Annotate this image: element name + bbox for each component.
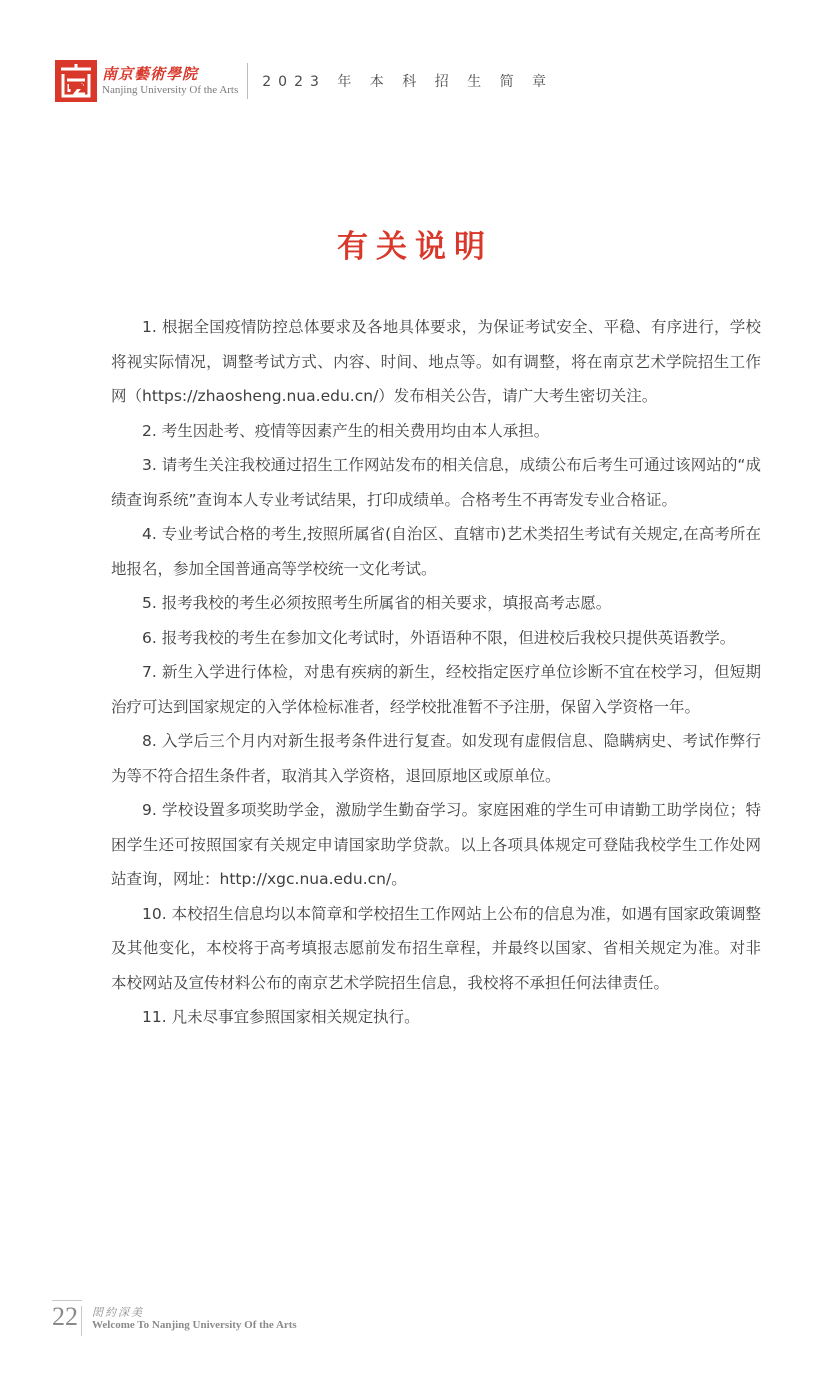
logo-chinese-name: 南京藝術學院 <box>102 65 238 83</box>
note-paragraph-1: 1. 根据全国疫情防控总体要求及各地具体要求，为保证考试安全、平稳、有序进行，学… <box>111 310 761 414</box>
footer-tagline: Welcome To Nanjing University Of the Art… <box>92 1319 297 1332</box>
note-paragraph-10: 10. 本校招生信息均以本简章和学校招生工作网站上公布的信息为准，如遇有国家政策… <box>111 897 761 1001</box>
document-title: 2023 年 本 科 招 生 简 章 <box>262 71 553 91</box>
note-paragraph-6: 6. 报考我校的考生在参加文化考试时，外语语种不限，但进校后我校只提供英语教学。 <box>111 621 761 656</box>
note-paragraph-2: 2. 考生因赴考、疫情等因素产生的相关费用均由本人承担。 <box>111 414 761 449</box>
page-header: 南京藝術學院 Nanjing University Of the Arts 20… <box>55 58 553 104</box>
note-paragraph-9: 9. 学校设置多项奖助学金，激励学生勤奋学习。家庭困难的学生可申请勤工助学岗位；… <box>111 793 761 897</box>
page-number-block: 22 <box>52 1300 78 1334</box>
note-paragraph-11: 11. 凡未尽事宜参照国家相关规定执行。 <box>111 1000 761 1035</box>
notes-body: 1. 根据全国疫情防控总体要求及各地具体要求，为保证考试安全、平稳、有序进行，学… <box>111 310 761 1035</box>
header-divider <box>247 63 248 99</box>
logo-english-name: Nanjing University Of the Arts <box>102 83 238 97</box>
note-paragraph-7: 7. 新生入学进行体检，对患有疾病的新生，经校指定医疗单位诊断不宜在校学习，但短… <box>111 655 761 724</box>
university-logo-icon <box>55 60 97 102</box>
note-paragraph-3: 3. 请考生关注我校通过招生工作网站发布的相关信息，成绩公布后考生可通过该网站的… <box>111 448 761 517</box>
note-paragraph-8: 8. 入学后三个月内对新生报考条件进行复查。如发现有虚假信息、隐瞒病史、考试作弊… <box>111 724 761 793</box>
page-number: 22 <box>52 1302 78 1331</box>
logo-text: 南京藝術學院 Nanjing University Of the Arts <box>102 65 238 97</box>
footer-motto: 閎約深美 <box>92 1306 297 1319</box>
page-number-rule <box>52 1300 82 1301</box>
footer-divider <box>81 1306 82 1336</box>
note-paragraph-4: 4. 专业考试合格的考生,按照所属省(自治区、直辖市)艺术类招生考试有关规定,在… <box>111 517 761 586</box>
footer-text: 閎約深美 Welcome To Nanjing University Of th… <box>92 1306 297 1332</box>
page-title: 有关说明 <box>0 221 830 266</box>
page-footer: 22 閎約深美 Welcome To Nanjing University Of… <box>52 1300 297 1336</box>
note-paragraph-5: 5. 报考我校的考生必须按照考生所属省的相关要求，填报高考志愿。 <box>111 586 761 621</box>
